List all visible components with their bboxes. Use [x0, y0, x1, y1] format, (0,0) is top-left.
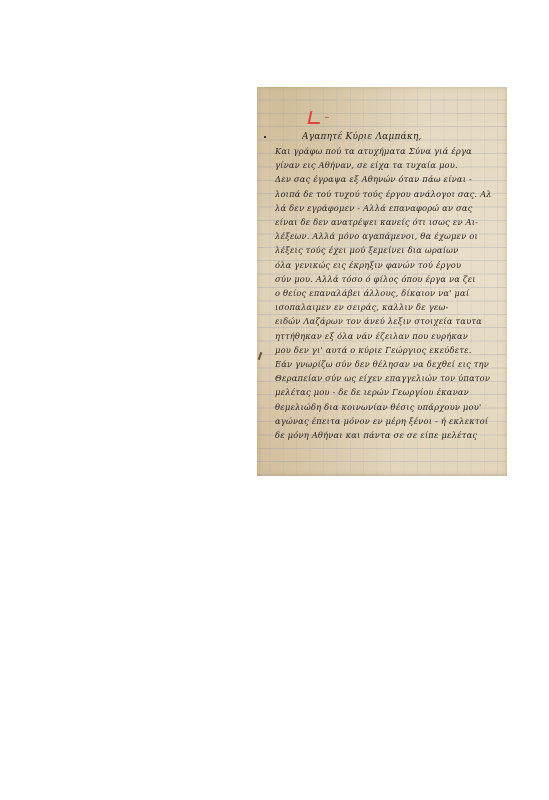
- text-line: λέξεων. Αλλά μόνο αγαπάμενοι, θα έχωμεν …: [275, 230, 499, 243]
- text-line: ισοπαλαιμεν εν σειράς, καλλιν δε γεω-: [275, 301, 499, 314]
- text-line: όλα γενικώς εις έκρηξιν φανών τού έργου: [275, 259, 499, 272]
- text-line: λά δεν εγράφομεν - Αλλά επαναφορώ αν σας: [275, 202, 499, 215]
- text-line: Δεν σας έγραψα εξ Αθηνών όταν πάω είναι …: [275, 173, 499, 186]
- text-line: αγώνας έπειτα μόνον εν μέρη ξένοι - ή εκ…: [275, 415, 499, 428]
- text-line: είναι δε δεν ανατρέψει κανείς ότι ισως ε…: [275, 216, 499, 229]
- text-line: ειδών Λαζάρων τον άνεύ λεξιν στοιχεία τα…: [275, 315, 499, 328]
- text-line: Θεραπείαν σύν ως είχεν επαγγελιών τον ύπ…: [275, 372, 499, 385]
- text-line: σύν μου. Αλλά τόσο ό φίλος όπου έργα να …: [275, 273, 499, 286]
- text-line: ηττήθηκαν εξ όλα νάν έζειλαν που ευρήκαν: [275, 330, 499, 343]
- salutation: Αγαπητέ Κύριε Λαμπάκη,: [302, 131, 526, 144]
- handwritten-text: Αγαπητέ Κύριε Λαμπάκη, Και γράφω πού τα …: [257, 87, 507, 476]
- text-line: λοιπά δε τού τυχού τούς έργου ανάλογοι σ…: [275, 188, 499, 201]
- text-line: γίναν εις Αθήναν, σε είχα τα τυχαία μου.: [275, 159, 499, 172]
- text-line: ο θείος επαναλάβει άλλους, δίκαιον να' μ…: [275, 287, 499, 300]
- text-line: λέξεις τούς έχει μού ξεμείνει δια ωραίων: [275, 244, 499, 257]
- text-line: μελέτας μου - δε δε ιερών Γεωργίου έκανα…: [275, 386, 499, 399]
- text-line: Εάν γνωρίζω σύν δεν θέλησαν να δεχθεί ει…: [275, 358, 499, 371]
- text-line: θεμελιώδη δια κοινωνίαν θέσις υπάρχουν μ…: [275, 401, 499, 414]
- text-line: δε μόνη Αθήναι και πάντα σε σε είπε μελέ…: [275, 429, 499, 442]
- text-line: Και γράφω πού τα ατυχήματα Σύνα γιά έργα: [275, 145, 499, 158]
- letter-page: Αγαπητέ Κύριε Λαμπάκη, Και γράφω πού τα …: [257, 87, 507, 476]
- text-line: μου δεν γι' αυτά ο κύριε Γεώργιος εκεύδε…: [275, 344, 499, 357]
